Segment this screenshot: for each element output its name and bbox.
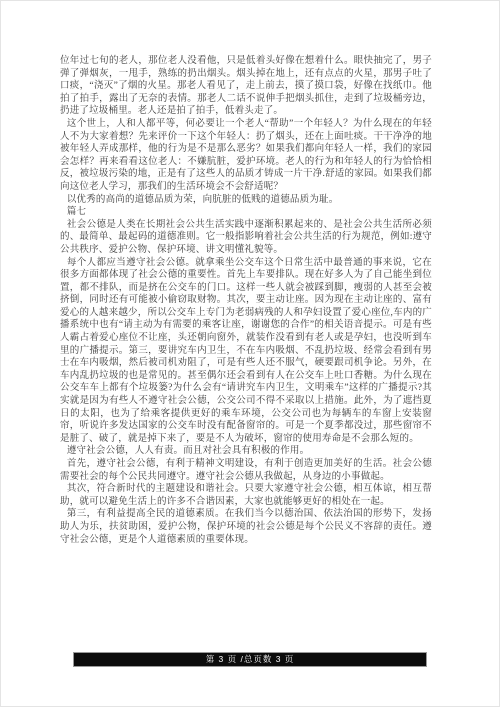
paragraph: 位年过七旬的老人，那位老人没看他，只是低着头好像在想着什么。眼快抽完了，男子弹了… [60,55,432,118]
page-number-bar: 第 3 页 /总页数 3 页 [73,652,427,667]
document-body-text: 位年过七旬的老人，那位老人没看他，只是低着头好像在想着什么。眼快抽完了，男子弹了… [60,55,432,546]
paragraph: 其次，符合新时代的主题建设和谐社会。只要大家遵守社会公德，相互体谅，相互帮助，就… [60,483,432,508]
paragraph: 第三，有利益提高全民的道德素质。在我们当今以德治国、依法治国的形势下，发扬助人为… [60,508,432,546]
paragraph: 遵守社会公德，人人有责。而且对社会具有积极的作用。 [60,445,432,458]
paragraph: 这个世上，人和人都平等，何必要让一个老人“帮助”一个年轻人？为什么现在的年轻人不… [60,118,432,194]
paragraph: 以优秀的高尚的道德品质为荣，向肮脏的低贱的道德品质为耻。 [60,194,432,207]
paragraph-section-heading: 篇七 [60,206,432,219]
page-number-label: 第 3 页 /总页数 3 页 [206,654,295,664]
document-page: 位年过七旬的老人，那位老人没看他，只是低着头好像在想着什么。眼快抽完了，男子弹了… [0,0,500,707]
paragraph: 首先，遵守社会公德，有利于精神文明建设，有利于创造更加美好的生活。社会公德需要社… [60,458,432,483]
paragraph: 社会公德是人类在长期社会公共生活实践中逐渐积累起来的、是社会公共生活所必须的、最… [60,219,432,257]
paragraph: 每个人都应当遵守社会公德。就拿乘坐公交车这个日常生活中最普通的事来说，它在很多方… [60,257,432,446]
